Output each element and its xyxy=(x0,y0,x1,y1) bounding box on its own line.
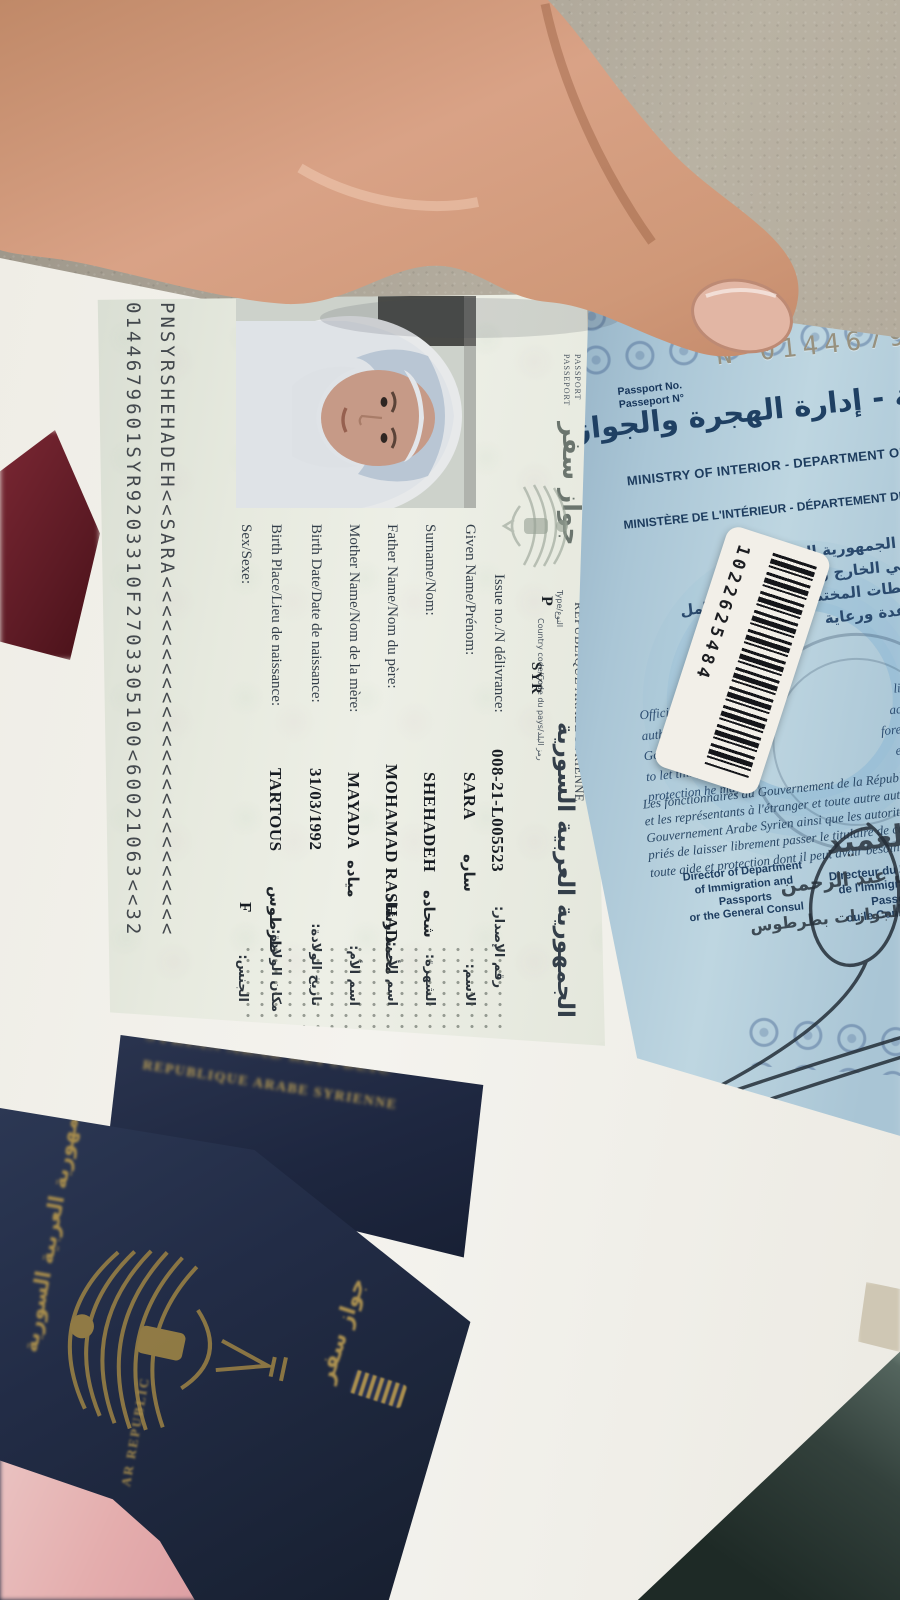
field-value: TARTOUS xyxy=(265,768,285,852)
type-value: P xyxy=(537,596,555,606)
field-label: Birth Place/Lieu de naissance: xyxy=(267,524,284,706)
field-value: SHEHADEH xyxy=(419,772,439,872)
field-value-ar: شحاده xyxy=(420,890,438,938)
country-code-value: SYR xyxy=(527,662,544,695)
field-value: MAYADA xyxy=(343,772,363,849)
field-label: Father Name/Nom du père: xyxy=(383,524,400,689)
syrian-eagle-watermark xyxy=(500,480,584,572)
field-label: Surname/Nom: xyxy=(421,524,438,616)
hand xyxy=(0,0,900,430)
field-label: Birth Date/Date de naissance: xyxy=(307,524,324,703)
country-name-ar: الجمهورية العربية السورية xyxy=(552,722,578,1018)
issue-no-value: 008-21-L005523 xyxy=(487,749,507,872)
type-label: Type/النوع xyxy=(555,590,564,627)
field-label: Sex/Sexe: xyxy=(237,524,254,584)
photo-scene: SYRIAN ARAB REPUBLIC REPUBLIQUE ARABE SY… xyxy=(0,0,900,1600)
cover-passport-block xyxy=(349,1369,408,1409)
issue-no-label: Issue no./N délivrance: xyxy=(490,574,507,713)
field-label: Mother Name/Nom de la mère: xyxy=(345,524,362,712)
field-value-ar: مياده xyxy=(344,860,362,898)
braille-dots xyxy=(245,944,507,1028)
field-label: Given Name/Prénom: xyxy=(461,524,478,655)
field-value: SARA xyxy=(459,772,479,820)
field-value: F xyxy=(235,902,255,913)
field-value-ar: ساره xyxy=(460,854,478,892)
field-value: 31/03/1992 xyxy=(305,768,325,850)
